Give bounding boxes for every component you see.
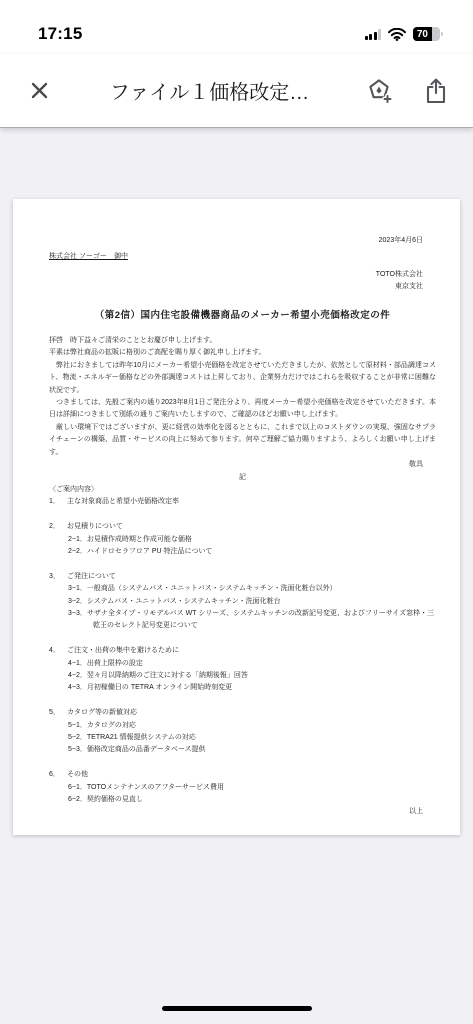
doc-paragraph: つきましては、先般ご案内の通り2023年8月1日ご発注分より、再度メーカー希望小… [49,397,436,422]
list-item-number: 2． [49,521,67,533]
doc-record-mark: 記 [49,472,436,484]
nav-actions [365,76,451,106]
list-group: 4． ご注文・出荷の集中を避けるために 4−1．出荷上限枠の設定 4−2．翌々月… [49,645,436,695]
doc-guide-heading: 〈ご案内内容〉 [49,484,436,496]
list-item-text: 主な対象商品と希望小売価格改定率 [67,496,436,508]
home-indicator[interactable] [162,1006,312,1011]
list-item: 1． 主な対象商品と希望小売価格改定率 [49,496,436,508]
document-page[interactable]: 2023年4月6日 株式会社 ソーゴー 御中 TOTO株式会社 東京支社 （第2… [13,199,460,835]
doc-end-mark: 以上 [49,806,436,818]
list-item: 5． カタログ等の新値対応 [49,707,436,719]
close-button[interactable] [24,76,54,106]
wifi-icon [388,28,406,41]
list-item: 6． その他 [49,769,436,781]
list-subitem: 4−1．出荷上限枠の設定 [68,658,436,670]
doc-closing: 敬具 [49,459,436,471]
close-icon [29,80,50,101]
list-subitem: 3−2．システムバス・ユニットバス・システムキッチン・洗面化粧台 [68,596,436,608]
share-button[interactable] [421,76,451,106]
nav-bar: ファイル１価格改定… [0,54,473,128]
doc-paragraph: 拝啓 時下益々ご清栄のこととお慶び申し上げます。 [49,335,436,347]
list-item-number: 1． [49,496,67,508]
list-item: 3． ご発注について [49,571,436,583]
list-subitem: 3−1．一般商品（システムバス・ユニットバス・システムキッチン・洗面化粧台以外） [68,583,436,595]
list-item-text: カタログ等の新値対応 [67,707,436,719]
list-subitem: 6−2．契約価格の見直し [68,794,436,806]
clock-label: 17:15 [38,24,82,44]
doc-sender-company: TOTO株式会社 [49,269,436,281]
doc-recipient: 株式会社 ソーゴー 御中 [49,251,436,263]
list-item-number: 4． [49,645,67,657]
doc-paragraph: 厳しい環境下ではございますが、更に経営の効率化を図るとともに、これまで以上のコス… [49,422,436,459]
status-bar: 17:15 70 [0,0,473,54]
list-subitem: 6−1．TOTOメンテナンスのアフターサービス費用 [68,782,436,794]
markup-button[interactable] [365,76,395,106]
nav-title: ファイル１価格改定… [54,76,365,105]
list-item-text: お見積りについて [67,521,436,533]
list-item: 2． お見積りについて [49,521,436,533]
status-icons: 70 [365,27,444,41]
list-item-text: ご発注について [67,571,436,583]
list-group: 2． お見積りについて 2−1．お見積作成時期と作成可能な価格 2−2．ハイドロ… [49,521,436,558]
doc-sender-branch: 東京支社 [49,281,436,293]
list-subitem: 5−3．価格改定商品の品番データベース提供 [68,744,436,756]
markup-icon [367,78,394,104]
cellular-signal-icon [365,29,382,40]
list-subitem: 5−2．TETRA21 情報提供システムの対応 [68,732,436,744]
list-group: 6． その他 6−1．TOTOメンテナンスのアフターサービス費用 6−2．契約価… [49,769,436,806]
list-item: 4． ご注文・出荷の集中を避けるために [49,645,436,657]
content-area: 2023年4月6日 株式会社 ソーゴー 御中 TOTO株式会社 東京支社 （第2… [0,128,473,1024]
list-subitem: 3−3．サザナ全タイプ・リモデルバス WT シリーズ、システムキッチンの改新記号… [68,608,436,633]
share-icon [424,77,448,105]
doc-date: 2023年4月6日 [49,235,436,247]
list-item-number: 5． [49,707,67,719]
list-group: 5． カタログ等の新値対応 5−1．カタログの対応 5−2．TETRA21 情報… [49,707,436,757]
list-item-text: その他 [67,769,436,781]
list-subitem: 2−1．お見積作成時期と作成可能な価格 [68,534,436,546]
list-group: 1． 主な対象商品と希望小売価格改定率 [49,496,436,508]
list-item-number: 3． [49,571,67,583]
battery-icon: 70 [413,27,443,41]
list-subitem: 4−3．月初稼働日の TETRA オンライン開始時刻変更 [68,682,436,694]
list-subitem: 5−1．カタログの対応 [68,720,436,732]
list-subitem: 2−2．ハイドロセラフロア PU 特注品について [68,546,436,558]
list-subitem: 4−2．翌々月以降納期のご注文に対する「納期後報」回答 [68,670,436,682]
list-group: 3． ご発注について 3−1．一般商品（システムバス・ユニットバス・システムキッ… [49,571,436,633]
list-item-number: 6． [49,769,67,781]
list-item-text: ご注文・出荷の集中を避けるために [67,645,436,657]
battery-percent: 70 [413,27,432,41]
doc-paragraph: 弊社におきましては昨年10月にメーカー希望小売価格を改定させていただきましたが、… [49,360,436,397]
doc-title: （第2信）国内住宅設備機器商品のメーカー希望小売価格改定の件 [49,310,436,322]
doc-paragraph: 平素は弊社商品の拡販に格別のご高配を賜り厚く御礼申し上げます。 [49,347,436,359]
